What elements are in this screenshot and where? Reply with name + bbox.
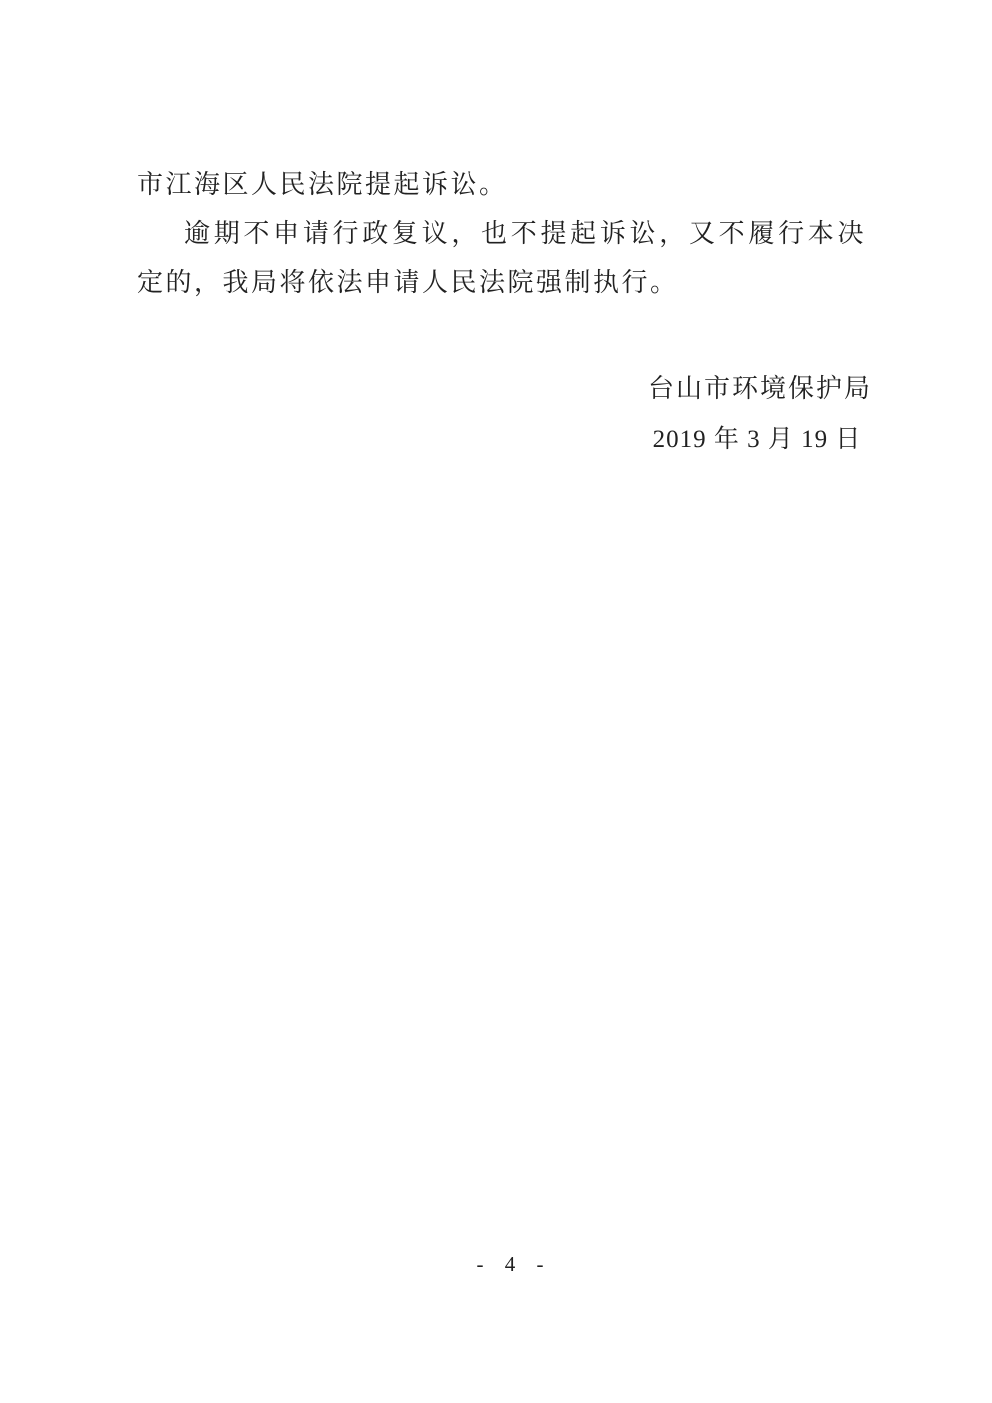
- page-number: - 4 -: [477, 1252, 548, 1277]
- signature-agency-name: 台山市环境保护局: [648, 364, 866, 413]
- signature-block: 台山市环境保护局 2019 年 3 月 19 日: [648, 364, 866, 464]
- paragraph-enforcement-notice: 逾期不申请行政复议，也不提起诉讼，又不履行本决定的，我局将依法申请人民法院强制执…: [137, 209, 866, 307]
- page-footer: - 4 -: [0, 1252, 992, 1277]
- signature-date: 2019 年 3 月 19 日: [648, 415, 866, 464]
- paragraph-lawsuit-continuation: 市江海区人民法院提起诉讼。: [137, 160, 866, 209]
- body-text-block: 市江海区人民法院提起诉讼。 逾期不申请行政复议，也不提起诉讼，又不履行本决定的，…: [137, 160, 866, 307]
- document-page: 市江海区人民法院提起诉讼。 逾期不申请行政复议，也不提起诉讼，又不履行本决定的，…: [0, 0, 992, 1403]
